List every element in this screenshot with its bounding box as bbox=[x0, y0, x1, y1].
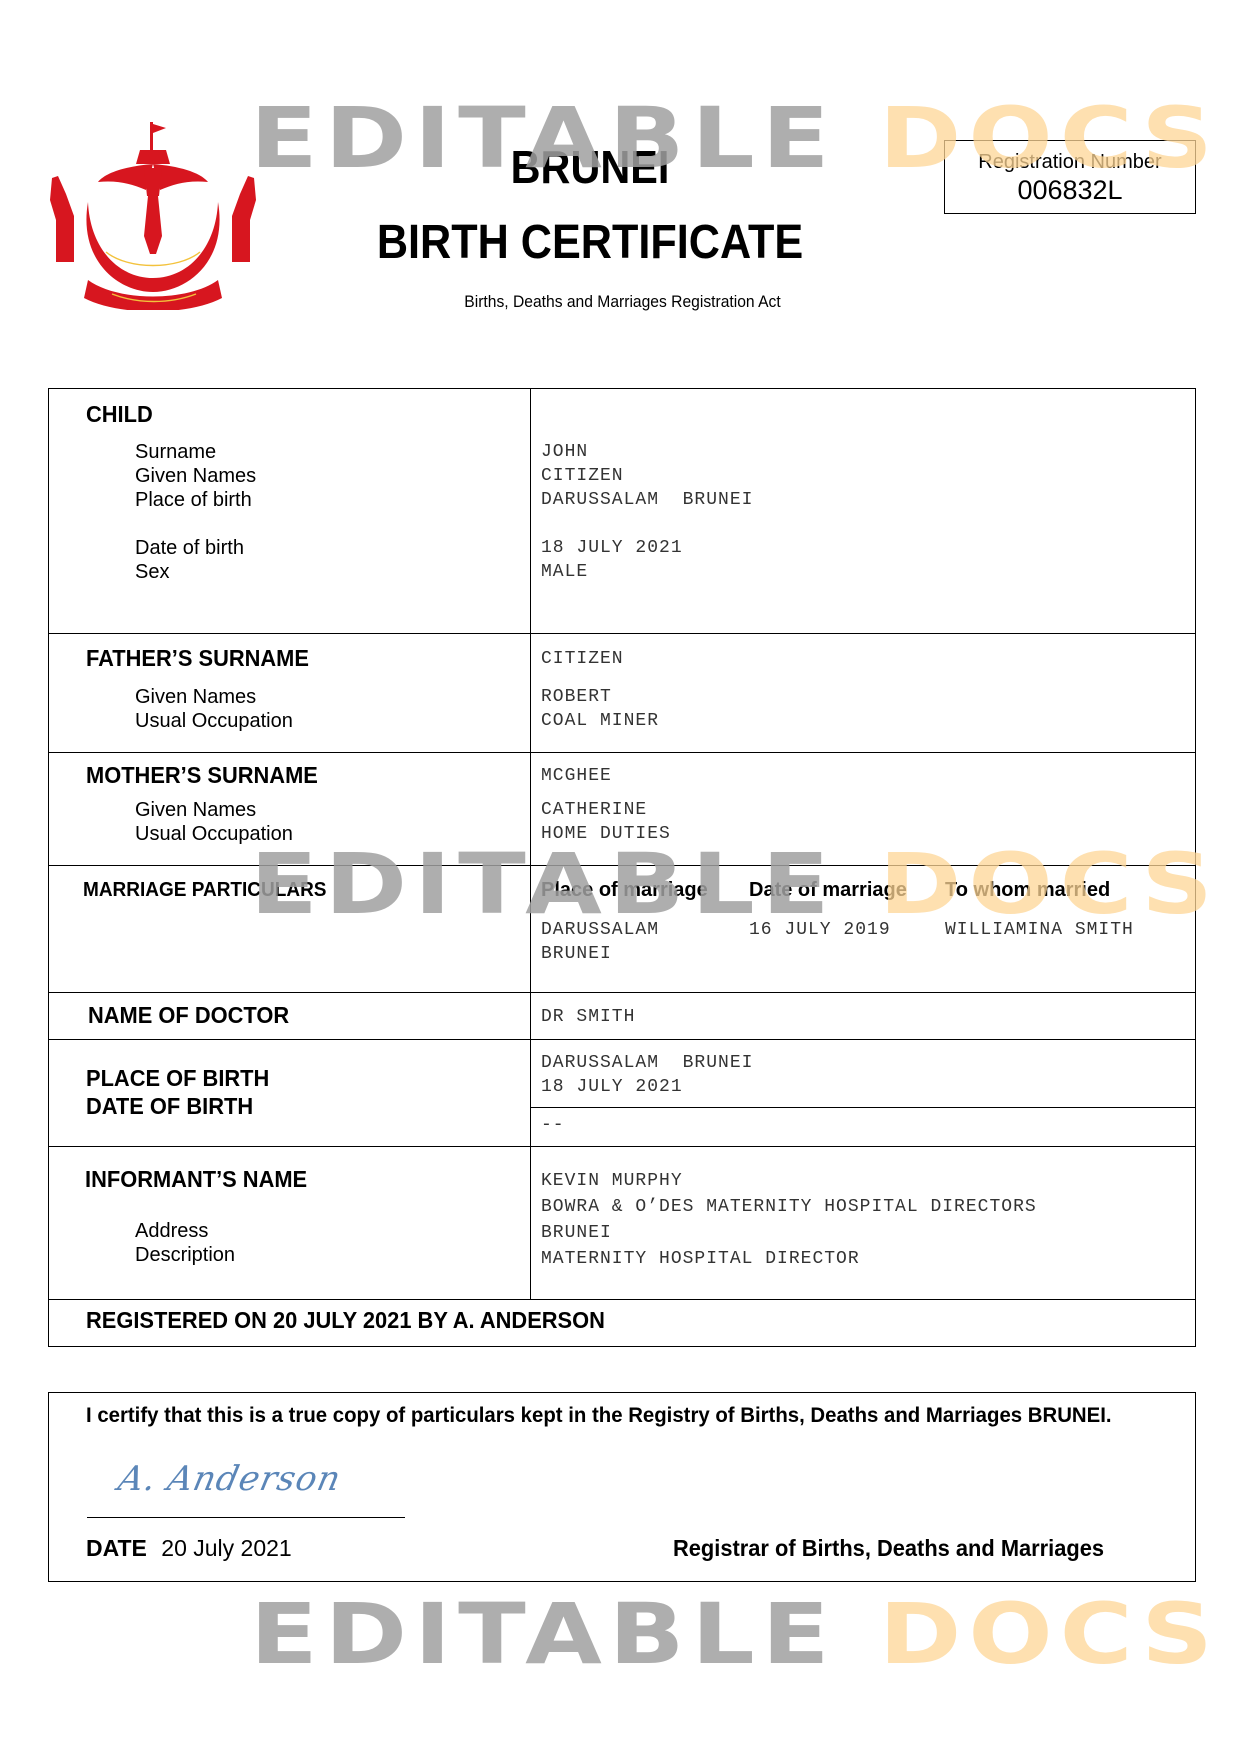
row-divider bbox=[49, 1039, 1195, 1040]
place-of-birth-heading: PLACE OF BIRTH bbox=[86, 1065, 269, 1092]
marriage-spouse-value: WILLIAMINA SMITH bbox=[945, 918, 1134, 942]
watermark-bottom: EDITABLEDOCS bbox=[250, 1592, 1220, 1676]
informant-description-label: Description bbox=[135, 1243, 235, 1267]
marriage-place-column-header: Place of marriage bbox=[541, 879, 708, 902]
child-date-of-birth-value: 18 JULY 2021 bbox=[541, 536, 683, 560]
mother-surname-value: MCGHEE bbox=[541, 764, 612, 788]
marriage-place-value-line1: DARUSSALAM bbox=[541, 918, 659, 942]
date-value: 20 July 2021 bbox=[161, 1535, 291, 1561]
act-subtitle: Births, Deaths and Marriages Registratio… bbox=[50, 292, 1195, 312]
row-divider bbox=[49, 865, 1195, 866]
child-surname-label: Surname bbox=[135, 440, 216, 464]
date-of-birth-heading: DATE OF BIRTH bbox=[86, 1093, 253, 1120]
row-divider bbox=[49, 992, 1195, 993]
signature-line bbox=[87, 1517, 405, 1518]
informant-address-value-line1: BOWRA & O’DES MATERNITY HOSPITAL DIRECTO… bbox=[541, 1195, 1037, 1219]
child-place-of-birth-value: DARUSSALAM BRUNEI bbox=[541, 488, 753, 512]
marriage-place-value-line2: BRUNEI bbox=[541, 942, 612, 966]
marriage-date-column-header: Date of marriage bbox=[749, 879, 907, 902]
father-occupation-label: Usual Occupation bbox=[135, 709, 293, 733]
father-heading: FATHER’S SURNAME bbox=[86, 645, 309, 672]
child-given-names-label: Given Names bbox=[135, 464, 256, 488]
certification-text: I certify that this is a true copy of pa… bbox=[86, 1403, 1143, 1428]
informant-name-value: KEVIN MURPHY bbox=[541, 1169, 683, 1193]
child-heading: CHILD bbox=[86, 401, 153, 428]
registrar-signature: A. Anderson bbox=[115, 1459, 345, 1499]
registration-number-box: Registration Number 006832L bbox=[944, 140, 1196, 214]
mother-occupation-value: HOME DUTIES bbox=[541, 822, 671, 846]
informant-description-value: MATERNITY HOSPITAL DIRECTOR bbox=[541, 1247, 860, 1271]
child-date-of-birth-label: Date of birth bbox=[135, 536, 244, 560]
marriage-heading: MARRIAGE PARTICULARS bbox=[83, 879, 326, 902]
certification-box: I certify that this is a true copy of pa… bbox=[48, 1392, 1196, 1582]
date-row: DATE 20 July 2021 bbox=[86, 1535, 292, 1562]
father-given-names-label: Given Names bbox=[135, 685, 256, 709]
row-divider bbox=[49, 752, 1195, 753]
informant-address-label: Address bbox=[135, 1219, 208, 1243]
particulars-table: CHILD Surname Given Names Place of birth… bbox=[48, 388, 1196, 1347]
informant-heading: INFORMANT’S NAME bbox=[85, 1166, 307, 1193]
registrar-title: Registrar of Births, Deaths and Marriage… bbox=[673, 1535, 1104, 1562]
date-label: DATE bbox=[86, 1535, 147, 1561]
row-divider bbox=[49, 1146, 1195, 1147]
child-sex-value: MALE bbox=[541, 560, 588, 584]
row-divider bbox=[49, 1299, 1195, 1300]
father-given-names-value: ROBERT bbox=[541, 685, 612, 709]
child-place-of-birth-label: Place of birth bbox=[135, 488, 252, 512]
mother-given-names-label: Given Names bbox=[135, 798, 256, 822]
doctor-heading: NAME OF DOCTOR bbox=[88, 1002, 289, 1029]
child-sex-label: Sex bbox=[135, 560, 169, 584]
marriage-spouse-column-header: To whom married bbox=[945, 879, 1110, 902]
registration-number: 006832L bbox=[945, 175, 1195, 206]
place-of-birth-value: DARUSSALAM BRUNEI bbox=[541, 1051, 753, 1075]
document-title: BIRTH CERTIFICATE bbox=[59, 215, 1121, 270]
column-divider bbox=[530, 389, 531, 1300]
father-surname-value: CITIZEN bbox=[541, 647, 624, 671]
mother-occupation-label: Usual Occupation bbox=[135, 822, 293, 846]
date-of-birth-value: 18 JULY 2021 bbox=[541, 1075, 683, 1099]
registration-label: Registration Number bbox=[945, 151, 1195, 174]
row-divider bbox=[530, 1107, 1195, 1108]
father-occupation-value: COAL MINER bbox=[541, 709, 659, 733]
birth-extra-value: -- bbox=[541, 1113, 565, 1137]
row-divider bbox=[49, 633, 1195, 634]
child-given-names-value: CITIZEN bbox=[541, 464, 624, 488]
child-surname-value: JOHN bbox=[541, 440, 588, 464]
doctor-value: DR SMITH bbox=[541, 1005, 635, 1029]
marriage-date-value: 16 JULY 2019 bbox=[749, 918, 891, 942]
informant-address-value-line2: BRUNEI bbox=[541, 1221, 612, 1245]
mother-given-names-value: CATHERINE bbox=[541, 798, 647, 822]
mother-heading: MOTHER’S SURNAME bbox=[86, 762, 318, 789]
registered-statement: REGISTERED ON 20 JULY 2021 BY A. ANDERSO… bbox=[86, 1307, 605, 1334]
